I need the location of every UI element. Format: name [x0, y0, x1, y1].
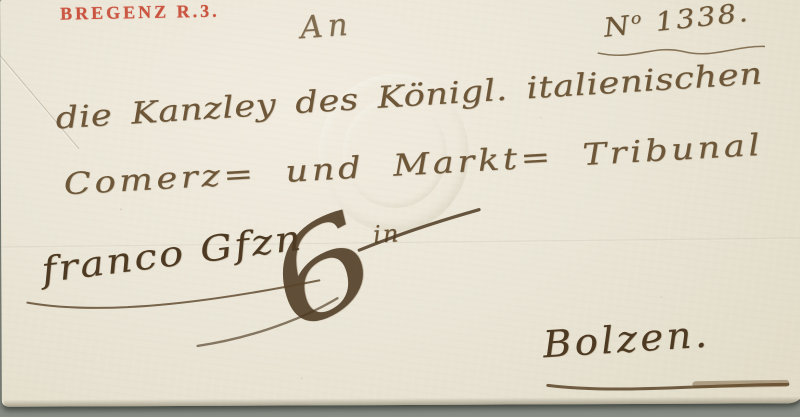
address-line-3: in: [372, 219, 401, 248]
addressee-intro-an: An: [299, 6, 354, 46]
destination-underline-flourish: [548, 384, 788, 389]
docket-number: No 1338.: [602, 0, 751, 44]
destination-underline-blot: [696, 383, 786, 384]
docket-underline-flourish: [598, 46, 764, 55]
docket-number-value: 1338.: [642, 0, 751, 39]
docket-number-prefix: N: [602, 11, 633, 44]
postmark-bregenz: BREGENZ R.3.: [60, 1, 220, 25]
paper-sheet: BREGENZ R.3. An No 1338. die Kanzley des…: [0, 0, 800, 407]
letter-photo: BREGENZ R.3. An No 1338. die Kanzley des…: [0, 0, 800, 417]
destination-bolzen: Bolzen.: [542, 312, 712, 366]
